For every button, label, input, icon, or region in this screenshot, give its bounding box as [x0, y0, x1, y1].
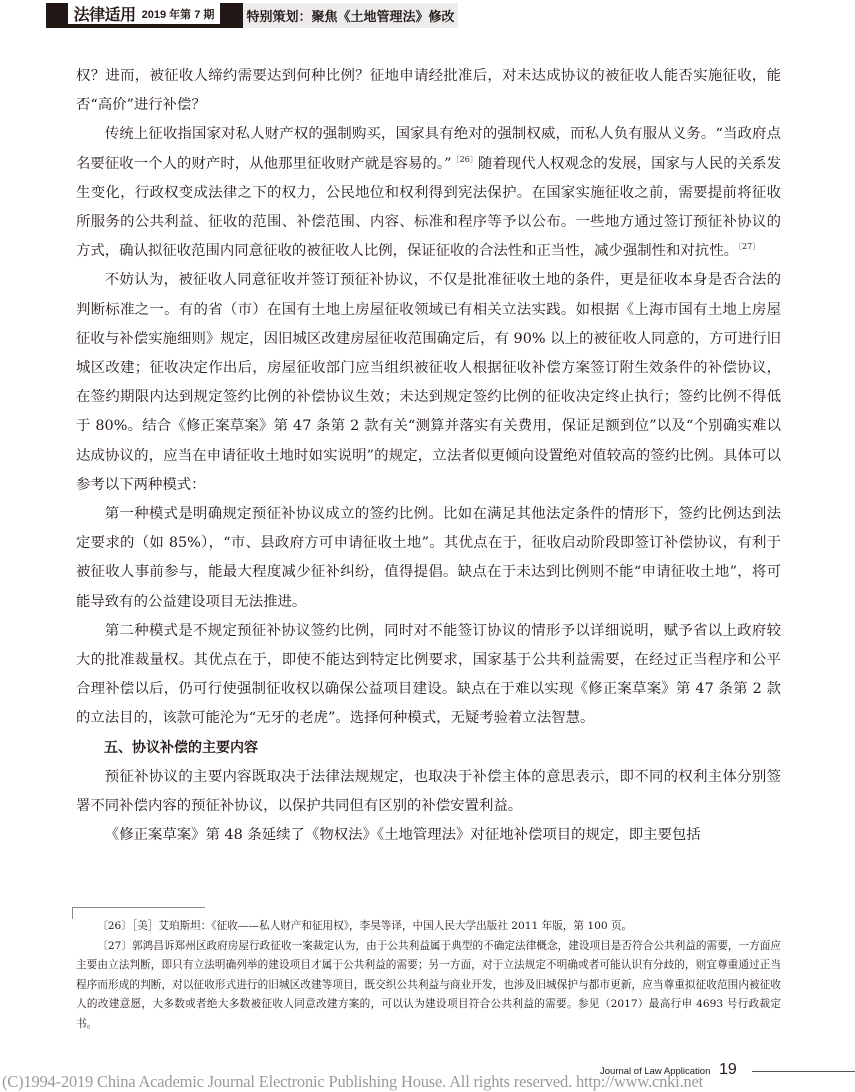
paragraph: 预征补协议的主要内容既取决于法律法规规定，也取决于补偿主体的意思表示，即不同的权…: [76, 763, 781, 821]
page-number: 19: [719, 1061, 737, 1079]
header-journal-box: 法律适用 2019 年第 7 期: [68, 3, 220, 24]
footnote-divider: [72, 907, 205, 908]
issue-label: 2019 年第 7 期: [142, 6, 215, 22]
section-heading: 五、协议补偿的主要内容: [76, 734, 781, 763]
footnote-ref-27[interactable]: 〔27〕: [738, 242, 760, 251]
footnote-divider-tick: [72, 907, 73, 919]
journal-name: 法律适用: [74, 2, 136, 25]
header-topic-box: 特别策划：聚焦《土地管理法》修改: [243, 3, 458, 28]
copyright-watermark: (C)1994-2019 China Academic Journal Elec…: [2, 1072, 703, 1092]
article-body: 权？进而，被征收人缔约需要达到何种比例？征地申请经批准后，对未达成协议的被征收人…: [76, 62, 781, 850]
special-topic-title: 特别策划：聚焦《土地管理法》修改: [246, 6, 454, 25]
footnote-27: 〔27〕郭鸿昌诉郑州区政府房屋行政征收一案裁定认为，由于公共利益属于典型的不确定…: [76, 937, 781, 1035]
paragraph: 不妨认为，被征收人同意征收并签订预征补协议，不仅是批准征收土地的条件，更是征收本…: [76, 266, 781, 500]
paragraph: 第二种模式是不规定预征补协议签约比例，同时对不能签订协议的情形予以详细说明，赋予…: [76, 617, 781, 734]
footnote-26: 〔26〕［美］艾珀斯坦：《征收——私人财产和征用权》，李昊等译，中国人民大学出版…: [76, 917, 781, 937]
paragraph: 传统上征收指国家对私人财产权的强制购买，国家具有绝对的强制权威，而私人负有服从义…: [76, 120, 781, 266]
paragraph: 第一种模式是明确规定预征补协议成立的签约比例。比如在满足其他法定条件的情形下，签…: [76, 500, 781, 617]
footnote-ref-26[interactable]: 〔26〕: [452, 155, 478, 164]
paragraph: 权？进而，被征收人缔约需要达到何种比例？征地申请经批准后，对未达成协议的被征收人…: [76, 62, 781, 120]
footer-rule: [752, 1071, 855, 1072]
footnotes: 〔26〕［美］艾珀斯坦：《征收——私人财产和征用权》，李昊等译，中国人民大学出版…: [76, 917, 781, 1034]
paragraph: 《修正案草案》第 48 条延续了《物权法》《土地管理法》对征地补偿项目的规定，即…: [76, 821, 781, 850]
